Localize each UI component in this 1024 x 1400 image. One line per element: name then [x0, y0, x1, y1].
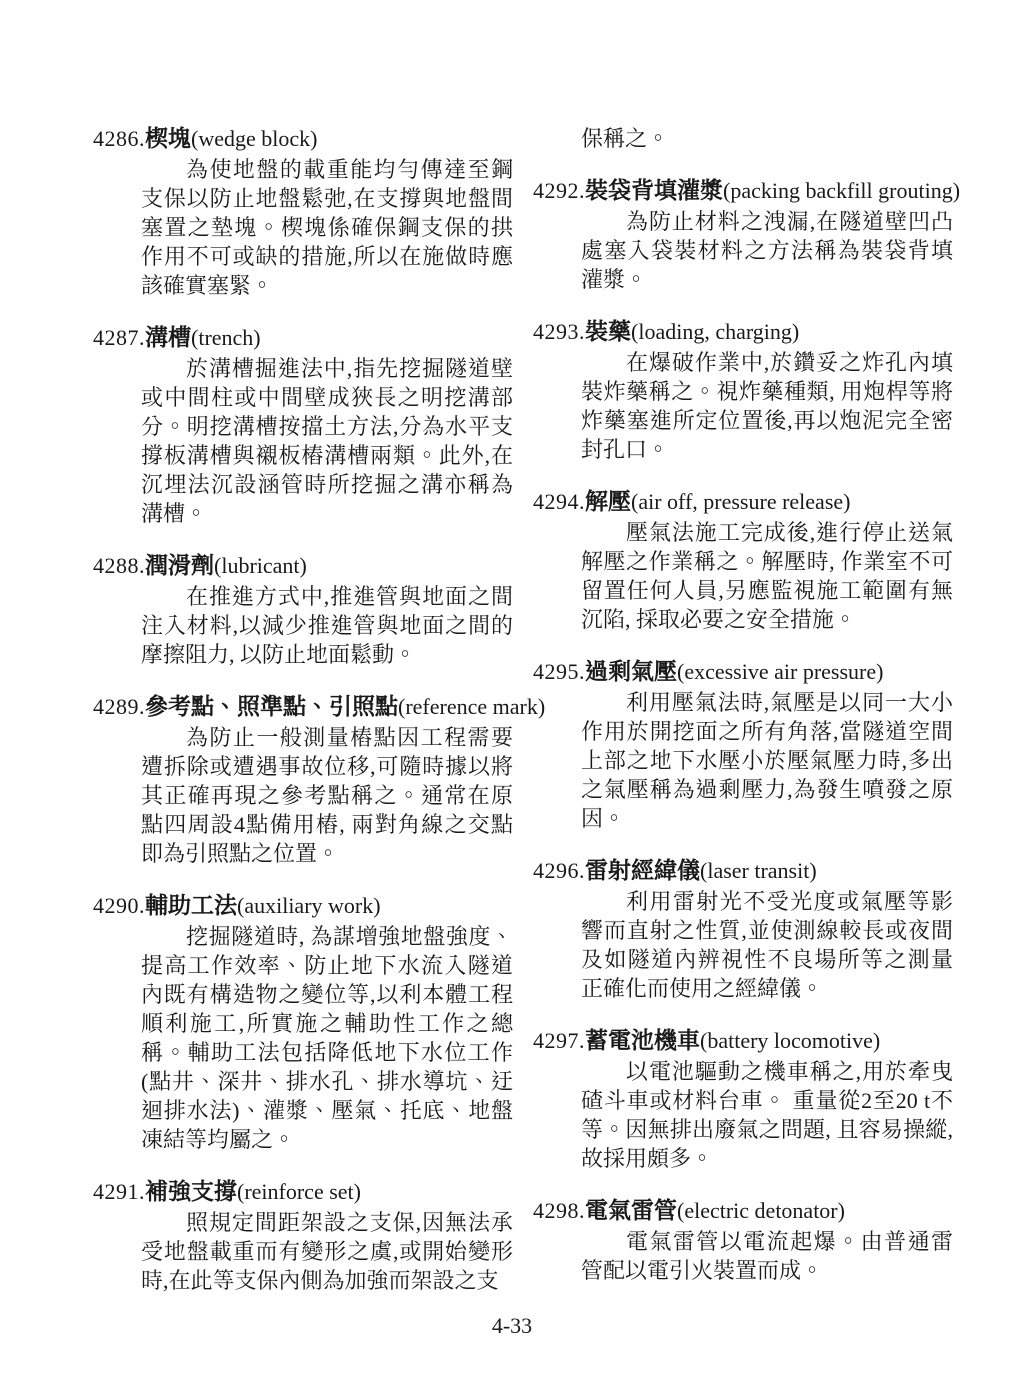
entry-english-term: (reference mark)	[398, 694, 545, 719]
entry-definition: 壓氣法施工完成後,進行停止送氣解壓之作業稱之。解壓時, 作業室不可留置任何人員,…	[581, 518, 953, 634]
left-column: 4286.楔塊(wedge block) 為使地盤的載重能均勻傳達至鋼支保以防止…	[93, 124, 513, 1318]
glossary-entry-4289: 4289.參考點、照準點、引照點(reference mark) 為防止一般測量…	[93, 692, 513, 868]
entry-english-term: (wedge block)	[191, 126, 317, 151]
glossary-entry-4288: 4288.潤滑劑(lubricant) 在推進方式中,推進管與地面之間注入材料,…	[93, 551, 513, 669]
entry-english-term: (auxiliary work)	[237, 893, 381, 918]
entry-heading: 4293.裝藥(loading, charging)	[533, 317, 953, 346]
entry-heading: 4296.雷射經緯儀(laser transit)	[533, 856, 953, 885]
entry-definition: 於溝槽掘進法中,指先挖掘隧道壁或中間柱或中間壁成狹長之明挖溝部分。明挖溝槽按擋土…	[141, 354, 513, 528]
entry-definition: 以電池驅動之機車稱之,用於牽曳碴斗車或材料台車。 重量從2至20 t不等。因無排…	[581, 1057, 953, 1173]
glossary-entry-4291: 4291.補強支撐(reinforce set) 照規定間距架設之支保,因無法承…	[93, 1177, 513, 1295]
entry-definition: 為防止材料之洩漏,在隧道壁凹凸處塞入袋裝材料之方法稱為裝袋背填灌漿。	[581, 207, 953, 294]
entry-definition: 照規定間距架設之支保,因無法承受地盤載重而有變形之虞,或開始變形時,在此等支保內…	[141, 1208, 513, 1295]
entry-definition: 電氣雷管以電流起爆。由普通雷管配以電引火裝置而成。	[581, 1227, 953, 1285]
entry-number: 4290.	[93, 893, 145, 918]
entry-number: 4293.	[533, 319, 585, 344]
entry-number: 4286.	[93, 126, 145, 151]
entry-term: 蓄電池機車	[585, 1028, 700, 1053]
entry-heading: 4295.過剩氣壓(excessive air pressure)	[533, 657, 953, 686]
entry-definition-continuation: 保稱之。	[581, 124, 953, 153]
glossary-entry-4292: 4292.裝袋背填灌漿(packing backfill grouting) 為…	[533, 176, 953, 294]
entry-english-term: (electric detonator)	[677, 1198, 845, 1223]
entry-english-term: (excessive air pressure)	[677, 659, 883, 684]
entry-english-term: (packing backfill grouting)	[723, 178, 960, 203]
entry-english-term: (air off, pressure release)	[631, 489, 850, 514]
entry-number: 4288.	[93, 553, 145, 578]
entry-number: 4297.	[533, 1028, 585, 1053]
page-number: 4-33	[0, 1312, 1024, 1340]
entry-term: 解壓	[585, 489, 631, 514]
entry-definition: 挖掘隧道時, 為謀增強地盤強度、提高工作效率、防止地下水流入隧道內既有構造物之變…	[141, 922, 513, 1154]
entry-definition: 在爆破作業中,於鑽妥之炸孔內填裝炸藥稱之。視炸藥種類, 用炮桿等將炸藥塞進所定位…	[581, 348, 953, 464]
entry-heading: 4297.蓄電池機車(battery locomotive)	[533, 1026, 953, 1055]
entry-definition: 利用雷射光不受光度或氣壓等影響而直射之性質,並使測線較長或夜間及如隧道內辨視性不…	[581, 887, 953, 1003]
entry-heading: 4298.電氣雷管(electric detonator)	[533, 1196, 953, 1225]
entry-term: 楔塊	[145, 126, 191, 151]
entry-term: 雷射經緯儀	[585, 858, 700, 883]
entry-heading: 4288.潤滑劑(lubricant)	[93, 551, 513, 580]
two-column-text: 4286.楔塊(wedge block) 為使地盤的載重能均勻傳達至鋼支保以防止…	[93, 124, 953, 1318]
entry-number: 4292.	[533, 178, 585, 203]
entry-term: 參考點、照準點、引照點	[145, 694, 398, 719]
entry-english-term: (loading, charging)	[631, 319, 799, 344]
entry-heading: 4292.裝袋背填灌漿(packing backfill grouting)	[533, 176, 953, 205]
glossary-entry-4293: 4293.裝藥(loading, charging) 在爆破作業中,於鑽妥之炸孔…	[533, 317, 953, 464]
entry-heading: 4291.補強支撐(reinforce set)	[93, 1177, 513, 1206]
entry-english-term: (battery locomotive)	[700, 1028, 880, 1053]
glossary-entry-4294: 4294.解壓(air off, pressure release) 壓氣法施工…	[533, 487, 953, 634]
glossary-entry-4290: 4290.輔助工法(auxiliary work) 挖掘隧道時, 為謀增強地盤強…	[93, 891, 513, 1154]
entry-number: 4295.	[533, 659, 585, 684]
entry-english-term: (lubricant)	[214, 553, 307, 578]
entry-definition: 為防止一般測量樁點因工程需要遭拆除或遭遇事故位移,可隨時據以將其正確再現之參考點…	[141, 723, 513, 868]
entry-number: 4294.	[533, 489, 585, 514]
entry-number: 4296.	[533, 858, 585, 883]
entry-english-term: (trench)	[191, 325, 261, 350]
entry-english-term: (reinforce set)	[237, 1179, 361, 1204]
entry-heading: 4289.參考點、照準點、引照點(reference mark)	[93, 692, 513, 721]
entry-term: 溝槽	[145, 325, 191, 350]
entry-number: 4291.	[93, 1179, 145, 1204]
document-page: 4286.楔塊(wedge block) 為使地盤的載重能均勻傳達至鋼支保以防止…	[0, 0, 1024, 1400]
entry-number: 4287.	[93, 325, 145, 350]
entry-number: 4289.	[93, 694, 145, 719]
entry-english-term: (laser transit)	[700, 858, 817, 883]
entry-term: 補強支撐	[145, 1179, 237, 1204]
entry-term: 過剩氣壓	[585, 659, 677, 684]
glossary-entry-4286: 4286.楔塊(wedge block) 為使地盤的載重能均勻傳達至鋼支保以防止…	[93, 124, 513, 300]
glossary-entry-4296: 4296.雷射經緯儀(laser transit) 利用雷射光不受光度或氣壓等影…	[533, 856, 953, 1003]
entry-heading: 4287.溝槽(trench)	[93, 323, 513, 352]
entry-heading: 4294.解壓(air off, pressure release)	[533, 487, 953, 516]
glossary-entry-4298: 4298.電氣雷管(electric detonator) 電氣雷管以電流起爆。…	[533, 1196, 953, 1285]
glossary-entry-4297: 4297.蓄電池機車(battery locomotive) 以電池驅動之機車稱…	[533, 1026, 953, 1173]
entry-term: 裝藥	[585, 319, 631, 344]
entry-term: 電氣雷管	[585, 1198, 677, 1223]
entry-definition: 在推進方式中,推進管與地面之間注入材料,以減少推進管與地面之間的摩擦阻力, 以防…	[141, 582, 513, 669]
glossary-entry-4295: 4295.過剩氣壓(excessive air pressure) 利用壓氣法時…	[533, 657, 953, 833]
glossary-entry-4287: 4287.溝槽(trench) 於溝槽掘進法中,指先挖掘隧道壁或中間柱或中間壁成…	[93, 323, 513, 528]
entry-number: 4298.	[533, 1198, 585, 1223]
entry-definition: 利用壓氣法時,氣壓是以同一大小作用於開挖面之所有角落,當隧道空間上部之地下水壓小…	[581, 688, 953, 833]
entry-term: 輔助工法	[145, 893, 237, 918]
right-column: 保稱之。 4292.裝袋背填灌漿(packing backfill grouti…	[533, 124, 953, 1318]
entry-heading: 4286.楔塊(wedge block)	[93, 124, 513, 153]
entry-definition: 為使地盤的載重能均勻傳達至鋼支保以防止地盤鬆弛,在支撐與地盤間塞置之墊塊。楔塊係…	[141, 155, 513, 300]
entry-term: 裝袋背填灌漿	[585, 178, 723, 203]
entry-heading: 4290.輔助工法(auxiliary work)	[93, 891, 513, 920]
entry-term: 潤滑劑	[145, 553, 214, 578]
